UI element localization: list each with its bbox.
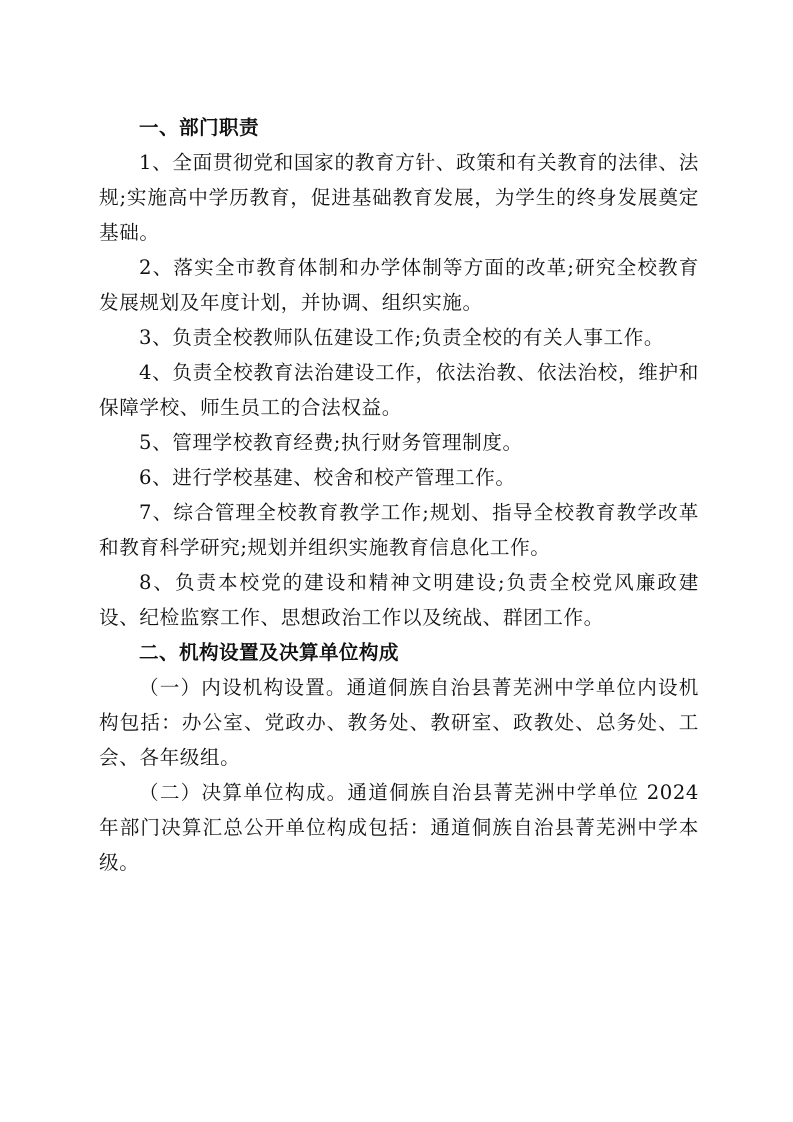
duty-paragraph-2: 2、落实全市教育体制和办学体制等方面的改革;研究全校教育发展规划及年度计划，并协… — [99, 250, 699, 320]
section-heading-organization: 二、机构设置及决算单位构成 — [99, 635, 699, 670]
document-page: 一、部门职责 1、全面贯彻党和国家的教育方针、政策和有关教育的法律、法规;实施高… — [99, 110, 699, 880]
internal-structure-paragraph: （一）内设机构设置。通道侗族自治县菁芜洲中学单位内设机构包括：办公室、党政办、教… — [99, 670, 699, 775]
duty-paragraph-4: 4、负责全校教育法治建设工作，依法治教、依法治校，维护和保障学校、师生员工的合法… — [99, 355, 699, 425]
duty-paragraph-6: 6、进行学校基建、校舍和校产管理工作。 — [99, 460, 699, 495]
duty-paragraph-7: 7、综合管理全校教育教学工作;规划、指导全校教育教学改革和教育科学研究;规划并组… — [99, 495, 699, 565]
duty-paragraph-5: 5、管理学校教育经费;执行财务管理制度。 — [99, 425, 699, 460]
duty-paragraph-8: 8、负责本校党的建设和精神文明建设;负责全校党风廉政建设、纪检监察工作、思想政治… — [99, 565, 699, 635]
duty-paragraph-1: 1、全面贯彻党和国家的教育方针、政策和有关教育的法律、法规;实施高中学历教育，促… — [99, 145, 699, 250]
duty-paragraph-3: 3、负责全校教师队伍建设工作;负责全校的有关人事工作。 — [99, 320, 699, 355]
section-heading-department-duties: 一、部门职责 — [99, 110, 699, 145]
accounting-unit-paragraph: （二）决算单位构成。通道侗族自治县菁芜洲中学单位 2024 年部门决算汇总公开单… — [99, 775, 699, 880]
